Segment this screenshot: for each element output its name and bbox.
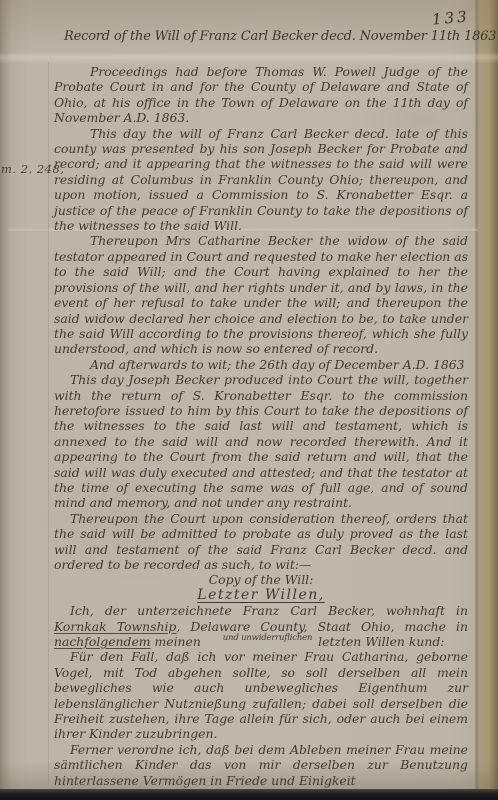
will-clause-wife: Für den Fall, daß ich vor meiner Frau Ca… [54, 649, 468, 741]
will-intro-underlined-word: nachfolgendem [54, 634, 151, 649]
will-clause-children: Ferner verordne ich, daß bei dem Ableben… [54, 742, 468, 788]
will-intro-text: Ich, der unterzeichnete Franz Carl Becke… [70, 603, 468, 618]
page-number: 133 [432, 7, 471, 28]
handwritten-ledger-page: 133 Record of the Will of Franz Carl Bec… [0, 0, 498, 800]
paragraph-proceedings: Proceedings had before Thomas W. Powell … [54, 64, 468, 126]
record-body: Proceedings had before Thomas W. Powell … [54, 64, 468, 788]
will-title: Letzter Willen, [54, 588, 468, 603]
desk-edge-shadow [0, 789, 498, 800]
paragraph-afterwards-date: And afterwards to wit; the 26th day of D… [54, 357, 468, 372]
will-intro-text: letzten Willen kund: [314, 634, 444, 649]
will-intro-paragraph: Ich, der unterzeichnete Franz Carl Becke… [54, 603, 468, 649]
will-intro-text: meinen [151, 634, 205, 649]
will-intro-township: Kornkak Township [54, 619, 176, 634]
copy-of-will-label: Copy of the Will: [54, 572, 468, 587]
will-intro-text: , Delaware County, Staat Ohio, mache in [176, 619, 468, 634]
paragraph-widow-election: Thereupon Mrs Catharine Becker the widow… [54, 233, 468, 356]
interlinear-insertion: und unwiderruflichen [207, 634, 312, 642]
paragraph-will-presented: This day the will of Franz Carl Becker d… [54, 126, 468, 234]
paragraph-probate-order: Thereupon the Court upon consideration t… [54, 511, 468, 573]
record-heading: Record of the Will of Franz Carl Becker … [64, 29, 492, 44]
paragraph-commission-return: This day Joseph Becker produced into Cou… [54, 372, 468, 511]
